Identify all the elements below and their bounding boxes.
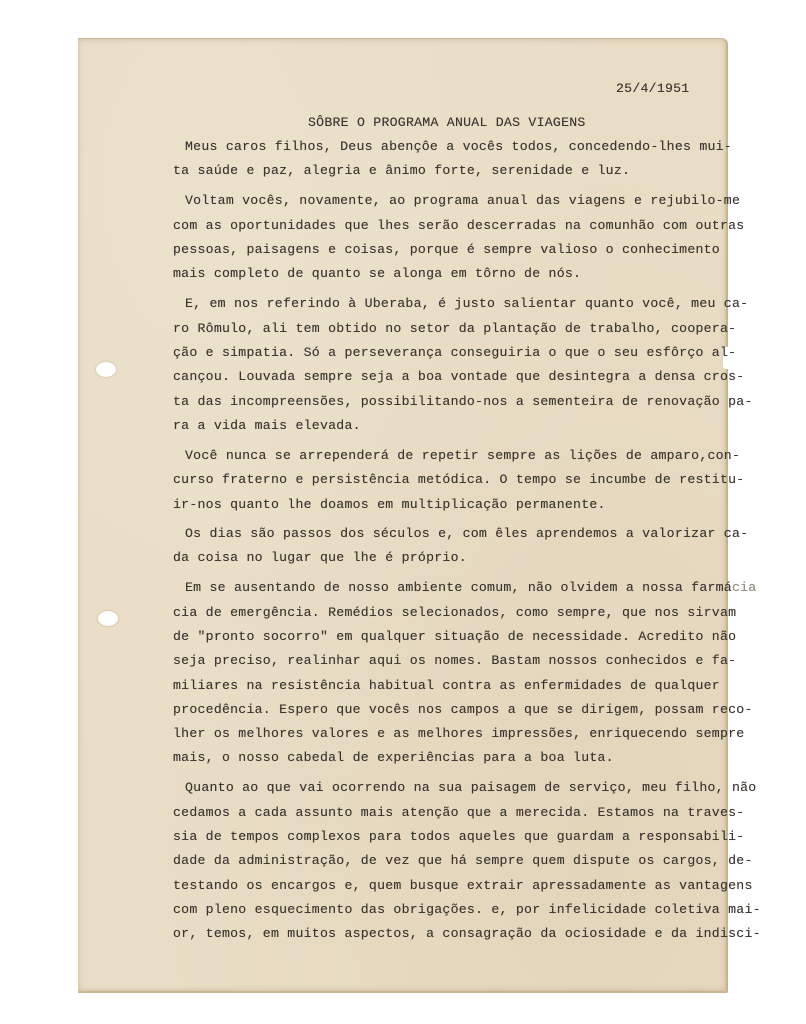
text-line: mais completo de quanto se alonga em tôr… [173,266,581,281]
text-line: or, temos, em muitos aspectos, a consagr… [173,926,761,941]
text-line: mais, o nosso cabedal de experiências pa… [173,750,614,765]
text-line: Voltam vocês, novamente, ao programa anu… [185,193,740,208]
text-line: ro Rômulo, ali tem obtido no setor da pl… [173,321,736,336]
text-line: sia de tempos complexos para todos aquel… [173,829,744,844]
text-line: cançou. Louvada sempre seja a boa vontad… [173,369,744,384]
text-line: dade da administração, de vez que há sem… [173,853,753,868]
text-line: da coisa no lugar que lhe é próprio. [173,550,467,565]
document-date: 25/4/1951 [616,81,689,96]
text-line: de "pronto socorro" em qualquer situação… [173,629,736,644]
text-line: lher os melhores valores e as melhores i… [173,726,744,741]
text-line: Meus caros filhos, Deus abençôe a vocês … [185,139,732,154]
text-line: ir-nos quanto lhe doamos em multiplicaçã… [173,497,606,512]
text-line: seja preciso, realinhar aqui os nomes. B… [173,653,736,668]
text-line: Quanto ao que vai ocorrendo na sua paisa… [185,780,756,795]
punch-hole [96,362,116,377]
text-line: testando os encargos e, quem busque extr… [173,878,753,893]
text-line: ção e simpatia. Só a perseverança conseg… [173,345,736,360]
text-line: Os dias são passos dos séculos e, com êl… [185,526,748,541]
document-title: SÔBRE O PROGRAMA ANUAL DAS VIAGENS [308,115,586,130]
text-line: E, em nos referindo à Uberaba, é justo s… [185,296,748,311]
text-line: ra a vida mais elevada. [173,418,361,433]
typewritten-page: 25/4/1951 SÔBRE O PROGRAMA ANUAL DAS VIA… [78,38,728,993]
punch-hole [98,611,118,626]
text-line: curso fraterno e persistência metódica. … [173,472,744,487]
text-line: Em se ausentando de nosso ambiente comum… [185,580,756,595]
faint-overflow-text: cia [732,580,757,595]
text-line: com pleno esquecimento das obrigações. e… [173,902,761,917]
text-line: ta das incompreensões, possibilitando-no… [173,394,753,409]
text-line: procedência. Espero que vocês nos campos… [173,702,753,717]
text-line: cedamos a cada assunto mais atenção que … [173,805,744,820]
text-line: ta saúde e paz, alegria e ânimo forte, s… [173,163,630,178]
text-line: cia de emergência. Remédios selecionados… [173,605,736,620]
text-line: miliares na resistência habitual contra … [173,678,720,693]
text-line: Você nunca se arrependerá de repetir sem… [185,448,740,463]
text-line: com as oportunidades que lhes serão desc… [173,218,744,233]
text-line: pessoas, paisagens e coisas, porque é se… [173,242,720,257]
